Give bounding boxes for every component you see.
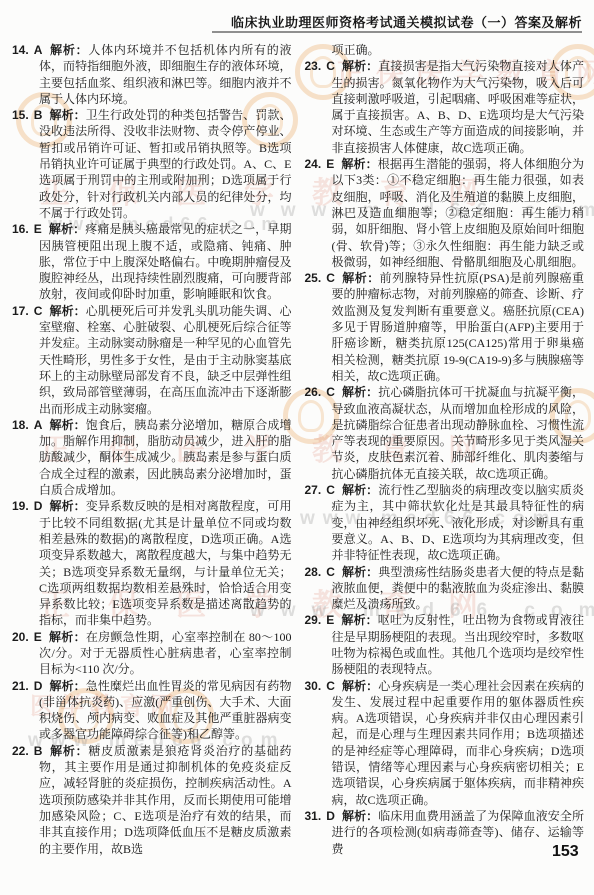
item-number: 22.	[12, 744, 29, 758]
item-answer: D	[326, 809, 335, 823]
analysis-label: 解析：	[342, 565, 378, 579]
item-answer: C	[326, 271, 335, 285]
item-number: 14.	[12, 43, 29, 57]
item-text: 项正确。	[332, 43, 380, 57]
item-answer: C	[326, 483, 335, 497]
answer-item-27: 27.C解析：流行性乙型脑炎的病理改变以脑实质炎症为主，其中筛状软化灶是其最具特…	[305, 482, 585, 563]
item-number: 18.	[12, 418, 29, 432]
item-answer: B	[34, 108, 43, 122]
item-text: 根据再生潜能的强弱，将人体细胞分为以下3类：①不稳定细胞：再生能力很强，如表皮细…	[332, 157, 585, 269]
analysis-label: 解析：	[341, 157, 378, 171]
item-number: 21.	[12, 679, 29, 693]
item-text: 前列腺特异性抗原(PSA)是前列腺癌重要的肿瘤标志物，对前列腺癌的筛查、诊断、疗…	[332, 271, 585, 383]
analysis-label: 解析：	[49, 108, 85, 122]
analysis-label: 解析：	[342, 679, 378, 693]
analysis-label: 解析：	[342, 271, 380, 285]
answer-item-15: 15.B解析：卫生行政处罚的种类包括警告、罚款、没收违法所得、没收非法财物、责令…	[12, 107, 292, 221]
item-number: 15.	[12, 108, 29, 122]
analysis-label: 解析：	[49, 222, 86, 236]
right-column: 项正确。 23.C解析：直接损害是指大气污染物直接对人体产生的损害。氮氧化物作为…	[305, 42, 585, 857]
item-answer: D	[34, 499, 43, 513]
item-number: 16.	[12, 222, 29, 236]
item-text: 直接损害是指大气污染物直接对人体产生的损害。氮氧化物作为大气污染物，吸入后可直接…	[332, 59, 585, 154]
analysis-label: 解析：	[342, 483, 378, 497]
answer-item-22-continuation: 项正确。	[305, 42, 585, 58]
item-number: 17.	[12, 304, 29, 318]
item-number: 31.	[305, 809, 322, 823]
item-answer: A	[34, 43, 43, 57]
answer-item-20: 20.E解析：在房颤急性期，心室率控制在 80～100 次/分。对于无器质性心脏…	[12, 629, 292, 678]
analysis-label: 解析：	[342, 385, 378, 399]
page-number: 153	[552, 843, 579, 861]
page-title: 临床执业助理医师资格考试通关模拟试卷（一）答案及解析	[231, 12, 582, 31]
item-number: 30.	[305, 679, 322, 693]
answer-item-24: 24.E解析：根据再生潜能的强弱，将人体细胞分为以下3类：①不稳定细胞：再生能力…	[305, 156, 585, 270]
item-text: 糖皮质激素是狼疮肾炎治疗的基础药物，其主要作用是通过抑制机体的免疫炎症反应，减轻…	[39, 744, 292, 856]
item-answer: E	[326, 157, 334, 171]
analysis-label: 解析：	[49, 744, 88, 758]
item-number: 26.	[305, 385, 322, 399]
document-page: 正保医学教育网 正保医学教育网 正保医学教育网 正保医学教育网 医学教育网 ww…	[0, 0, 594, 895]
item-answer: C	[326, 679, 335, 693]
answer-item-31: 31.D解析：临床用血费用涵盖了为保障血液安全所进行的各项检测(如病毒筛查等)、…	[305, 808, 585, 857]
item-text: 卫生行政处罚的种类包括警告、罚款、没收违法所得、没收非法财物、责令停产停业、暂扣…	[39, 108, 292, 220]
item-text: 心肌梗死后可并发乳头肌功能失调、心室壁瘤、栓塞、心脏破裂、心肌梗死后综合征等并发…	[39, 304, 292, 416]
analysis-label: 解析：	[49, 304, 85, 318]
content-area: 14.A解析：人体内环境并不包括机体内所有的液体，而特指细胞外液，即细胞生存的液…	[12, 42, 584, 857]
item-number: 29.	[305, 613, 322, 627]
analysis-label: 解析：	[342, 809, 378, 823]
item-answer: C	[326, 565, 335, 579]
analysis-label: 解析：	[342, 59, 378, 73]
answer-item-25: 25.C解析：前列腺特异性抗原(PSA)是前列腺癌重要的肿瘤标志物，对前列腺癌的…	[305, 270, 585, 384]
answer-item-16: 16.E解析：疼痛是胰头癌最常见的症状之一，早期因胰管梗阻出现上腹不适，或隐痛、…	[12, 221, 292, 302]
answer-item-18: 18.A解析：饱食后，胰岛素分泌增加，糖原合成增加。脂解作用抑制，脂肪动员减少，…	[12, 417, 292, 498]
answer-item-29: 29.E解析：呕吐为反射性，吐出物为食物或胃液往往是早期肠梗阻的表现。当出现绞窄…	[305, 612, 585, 677]
analysis-label: 解析：	[49, 630, 86, 644]
item-answer: E	[326, 613, 334, 627]
answer-item-23: 23.C解析：直接损害是指大气污染物直接对人体产生的损害。氮氧化物作为大气污染物…	[305, 58, 585, 156]
item-number: 23.	[305, 59, 322, 73]
item-answer: E	[34, 630, 42, 644]
header-rule	[212, 31, 582, 33]
item-answer: C	[34, 304, 43, 318]
item-number: 28.	[305, 565, 322, 579]
item-answer: C	[326, 385, 335, 399]
answer-item-28: 28.C解析：典型溃疡性结肠炎患者大便的特点是黏液脓血便，粪便中的黏液脓血为炎症…	[305, 564, 585, 613]
item-text: 抗心磷脂抗体可干扰凝血与抗凝平衡，导致血液高凝状态，从而增加血栓形成的风险，是抗…	[332, 385, 585, 480]
answer-item-14: 14.A解析：人体内环境并不包括机体内所有的液体，而特指细胞外液，即细胞生存的液…	[12, 42, 292, 107]
answer-item-21: 21.D解析：急性糜烂出血性胃炎的常见病因有药物(非甾体抗炎药)、应激(严重创伤…	[12, 678, 292, 743]
item-number: 24.	[305, 157, 322, 171]
item-number: 19.	[12, 499, 29, 513]
answer-item-22: 22.B解析：糖皮质激素是狼疮肾炎治疗的基础药物，其主要作用是通过抑制机体的免疫…	[12, 743, 292, 857]
answer-item-17: 17.C解析：心肌梗死后可并发乳头肌功能失调、心室壁瘤、栓塞、心脏破裂、心肌梗死…	[12, 303, 292, 417]
item-number: 25.	[305, 271, 322, 285]
analysis-label: 解析：	[49, 499, 85, 513]
item-number: 20.	[12, 630, 29, 644]
analysis-label: 解析：	[49, 679, 85, 693]
item-answer: C	[326, 59, 335, 73]
analysis-label: 解析：	[341, 613, 378, 627]
answer-item-26: 26.C解析：抗心磷脂抗体可干扰凝血与抗凝平衡，导致血液高凝状态，从而增加血栓形…	[305, 384, 585, 482]
item-text: 变异系数反映的是相对离散程度，可用于比较不同组数据(尤其是计量单位不同或均数相差…	[39, 499, 292, 627]
item-answer: E	[34, 222, 42, 236]
item-answer: B	[34, 744, 43, 758]
item-text: 心身疾病是一类心理社会因素在疾病的发生、发展过程中起重要作用的躯体器质性疾病。A…	[332, 679, 585, 807]
analysis-label: 解析：	[49, 418, 85, 432]
answer-item-30: 30.C解析：心身疾病是一类心理社会因素在疾病的发生、发展过程中起重要作用的躯体…	[305, 678, 585, 808]
item-number: 27.	[305, 483, 322, 497]
left-column: 14.A解析：人体内环境并不包括机体内所有的液体，而特指细胞外液，即细胞生存的液…	[12, 42, 292, 857]
item-answer: D	[34, 679, 43, 693]
analysis-label: 解析：	[49, 43, 88, 57]
answer-item-19: 19.D解析：变异系数反映的是相对离散程度，可用于比较不同组数据(尤其是计量单位…	[12, 498, 292, 628]
item-answer: A	[34, 418, 43, 432]
